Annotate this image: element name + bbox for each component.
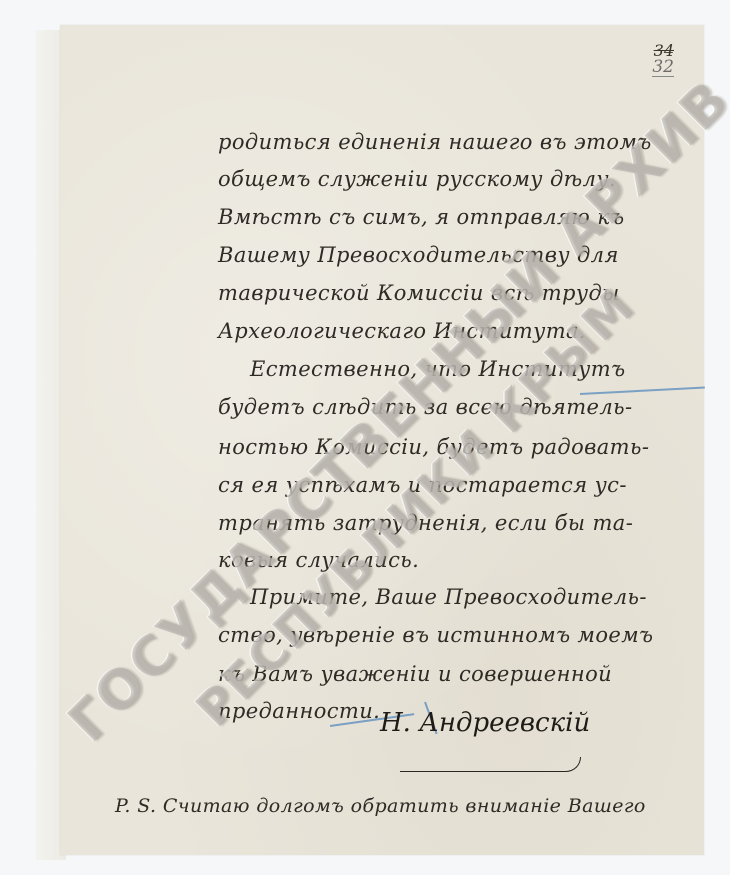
text-line: таврической Комиссіи всѣ труды [218, 281, 620, 305]
postscript-line: P. S. Считаю долгомъ обратить вниманіе В… [115, 795, 646, 817]
signature: Н. Андреевскій [380, 708, 590, 738]
text-line: преданности. [218, 699, 380, 723]
text-line: Естественно, что Институтъ [250, 357, 625, 381]
folio-number: 34 32 [652, 43, 674, 77]
text-line: ностью Комиссіи, будетъ радовать- [218, 435, 649, 459]
text-line: Примите, Ваше Превосходитель- [250, 585, 647, 609]
text-line: Вмѣстѣ съ симъ, я отправляю къ [218, 205, 625, 229]
text-line: ся ея успѣхамъ и постарается ус- [218, 473, 627, 497]
text-line: общемъ служеніи русскому дѣлу. [218, 167, 616, 191]
text-line: Вашему Превосходительству для [218, 243, 619, 267]
folio-new-number: 32 [652, 59, 674, 77]
text-line: ство, увѣреніе въ истинномъ моемъ [218, 623, 653, 647]
text-line: будетъ слѣдить за всею дѣятель- [218, 395, 632, 419]
text-line: Археологическаго Института. [218, 319, 586, 343]
text-line: транять затрудненія, если бы та- [218, 511, 633, 535]
text-line: родиться единенія нашего въ этомъ [218, 130, 652, 154]
text-line: ковыя случались. [218, 548, 419, 572]
text-line: къ Вамъ уваженіи и совершенной [218, 662, 612, 686]
signature-flourish [400, 757, 581, 772]
document-page: 34 32 родиться единенія нашего въ этомъ … [60, 25, 704, 855]
blue-pencil-underline [580, 386, 705, 395]
